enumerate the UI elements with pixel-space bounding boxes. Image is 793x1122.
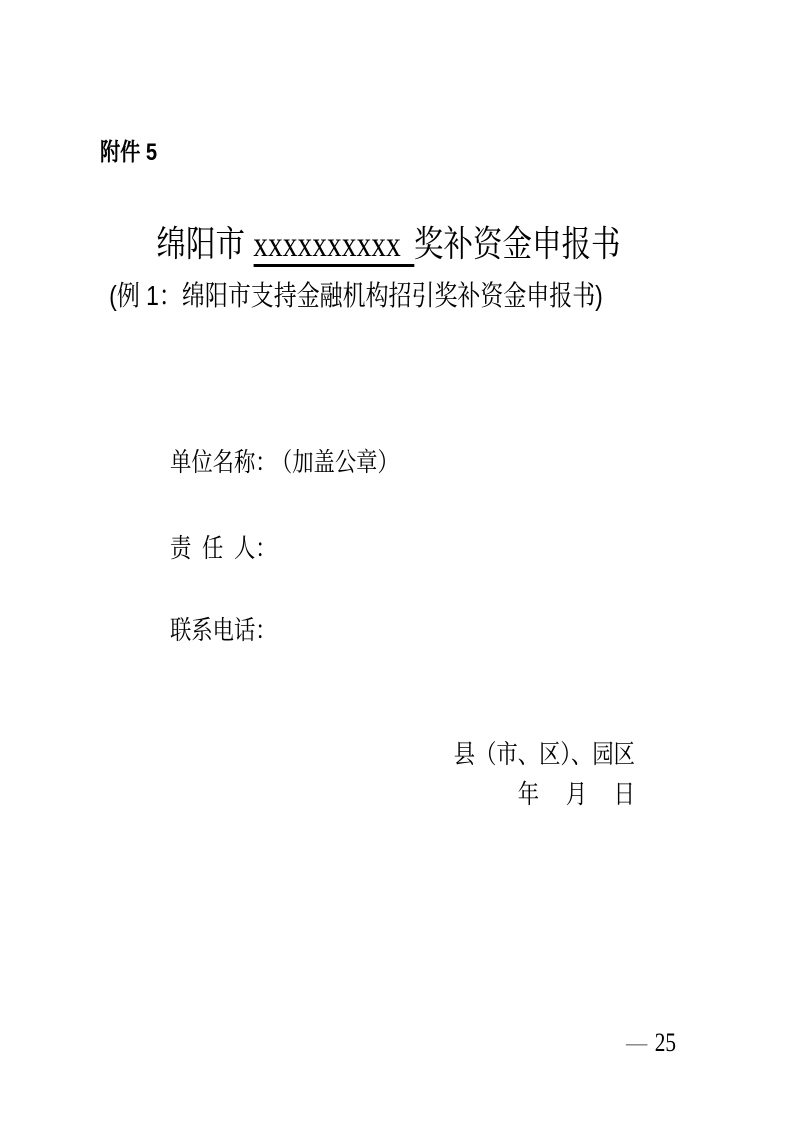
field-unit-name-colon: ：: [255, 448, 276, 477]
field-unit-name-label: 单位名称: [170, 449, 255, 476]
attachment-label: 附件 5: [100, 141, 157, 165]
document-page: 附件 5 绵阳市 xxxxxxxxxx奖补资金申报书 (例 1：绵阳市支持金融机…: [0, 0, 793, 1122]
field-responsible-person: 责任人：: [170, 535, 282, 562]
title-suffix: 奖补资金申报书: [414, 223, 621, 264]
page-number-value: 25: [655, 1028, 676, 1057]
document-subtitle: (例 1：绵阳市支持金融机构招引奖补资金申报书): [110, 281, 604, 312]
title-underlined-blank: xxxxxxxxxx: [253, 224, 414, 267]
field-unit-name: 单位名称：（加盖公章）: [170, 449, 399, 476]
field-contact-phone: 联系电话：: [170, 617, 282, 644]
field-responsible-person-colon: ：: [255, 534, 276, 563]
page-number: —25: [626, 1030, 676, 1056]
field-responsible-person-label: 责任人: [170, 535, 255, 562]
title-prefix: 绵阳市: [156, 223, 253, 264]
document-subtitle-row: (例 1：绵阳市支持金融机构招引奖补资金申报书): [0, 281, 753, 312]
document-title: 绵阳市 xxxxxxxxxx奖补资金申报书: [63, 226, 713, 262]
page-number-dash: —: [626, 1028, 647, 1057]
signature-date-line: 年 月 日: [518, 781, 635, 808]
field-contact-phone-colon: ：: [255, 616, 276, 645]
signature-org-line: 县（市、区）、园区: [454, 741, 635, 768]
field-unit-name-value: （加盖公章）: [282, 448, 399, 477]
field-contact-phone-label: 联系电话: [170, 617, 255, 644]
